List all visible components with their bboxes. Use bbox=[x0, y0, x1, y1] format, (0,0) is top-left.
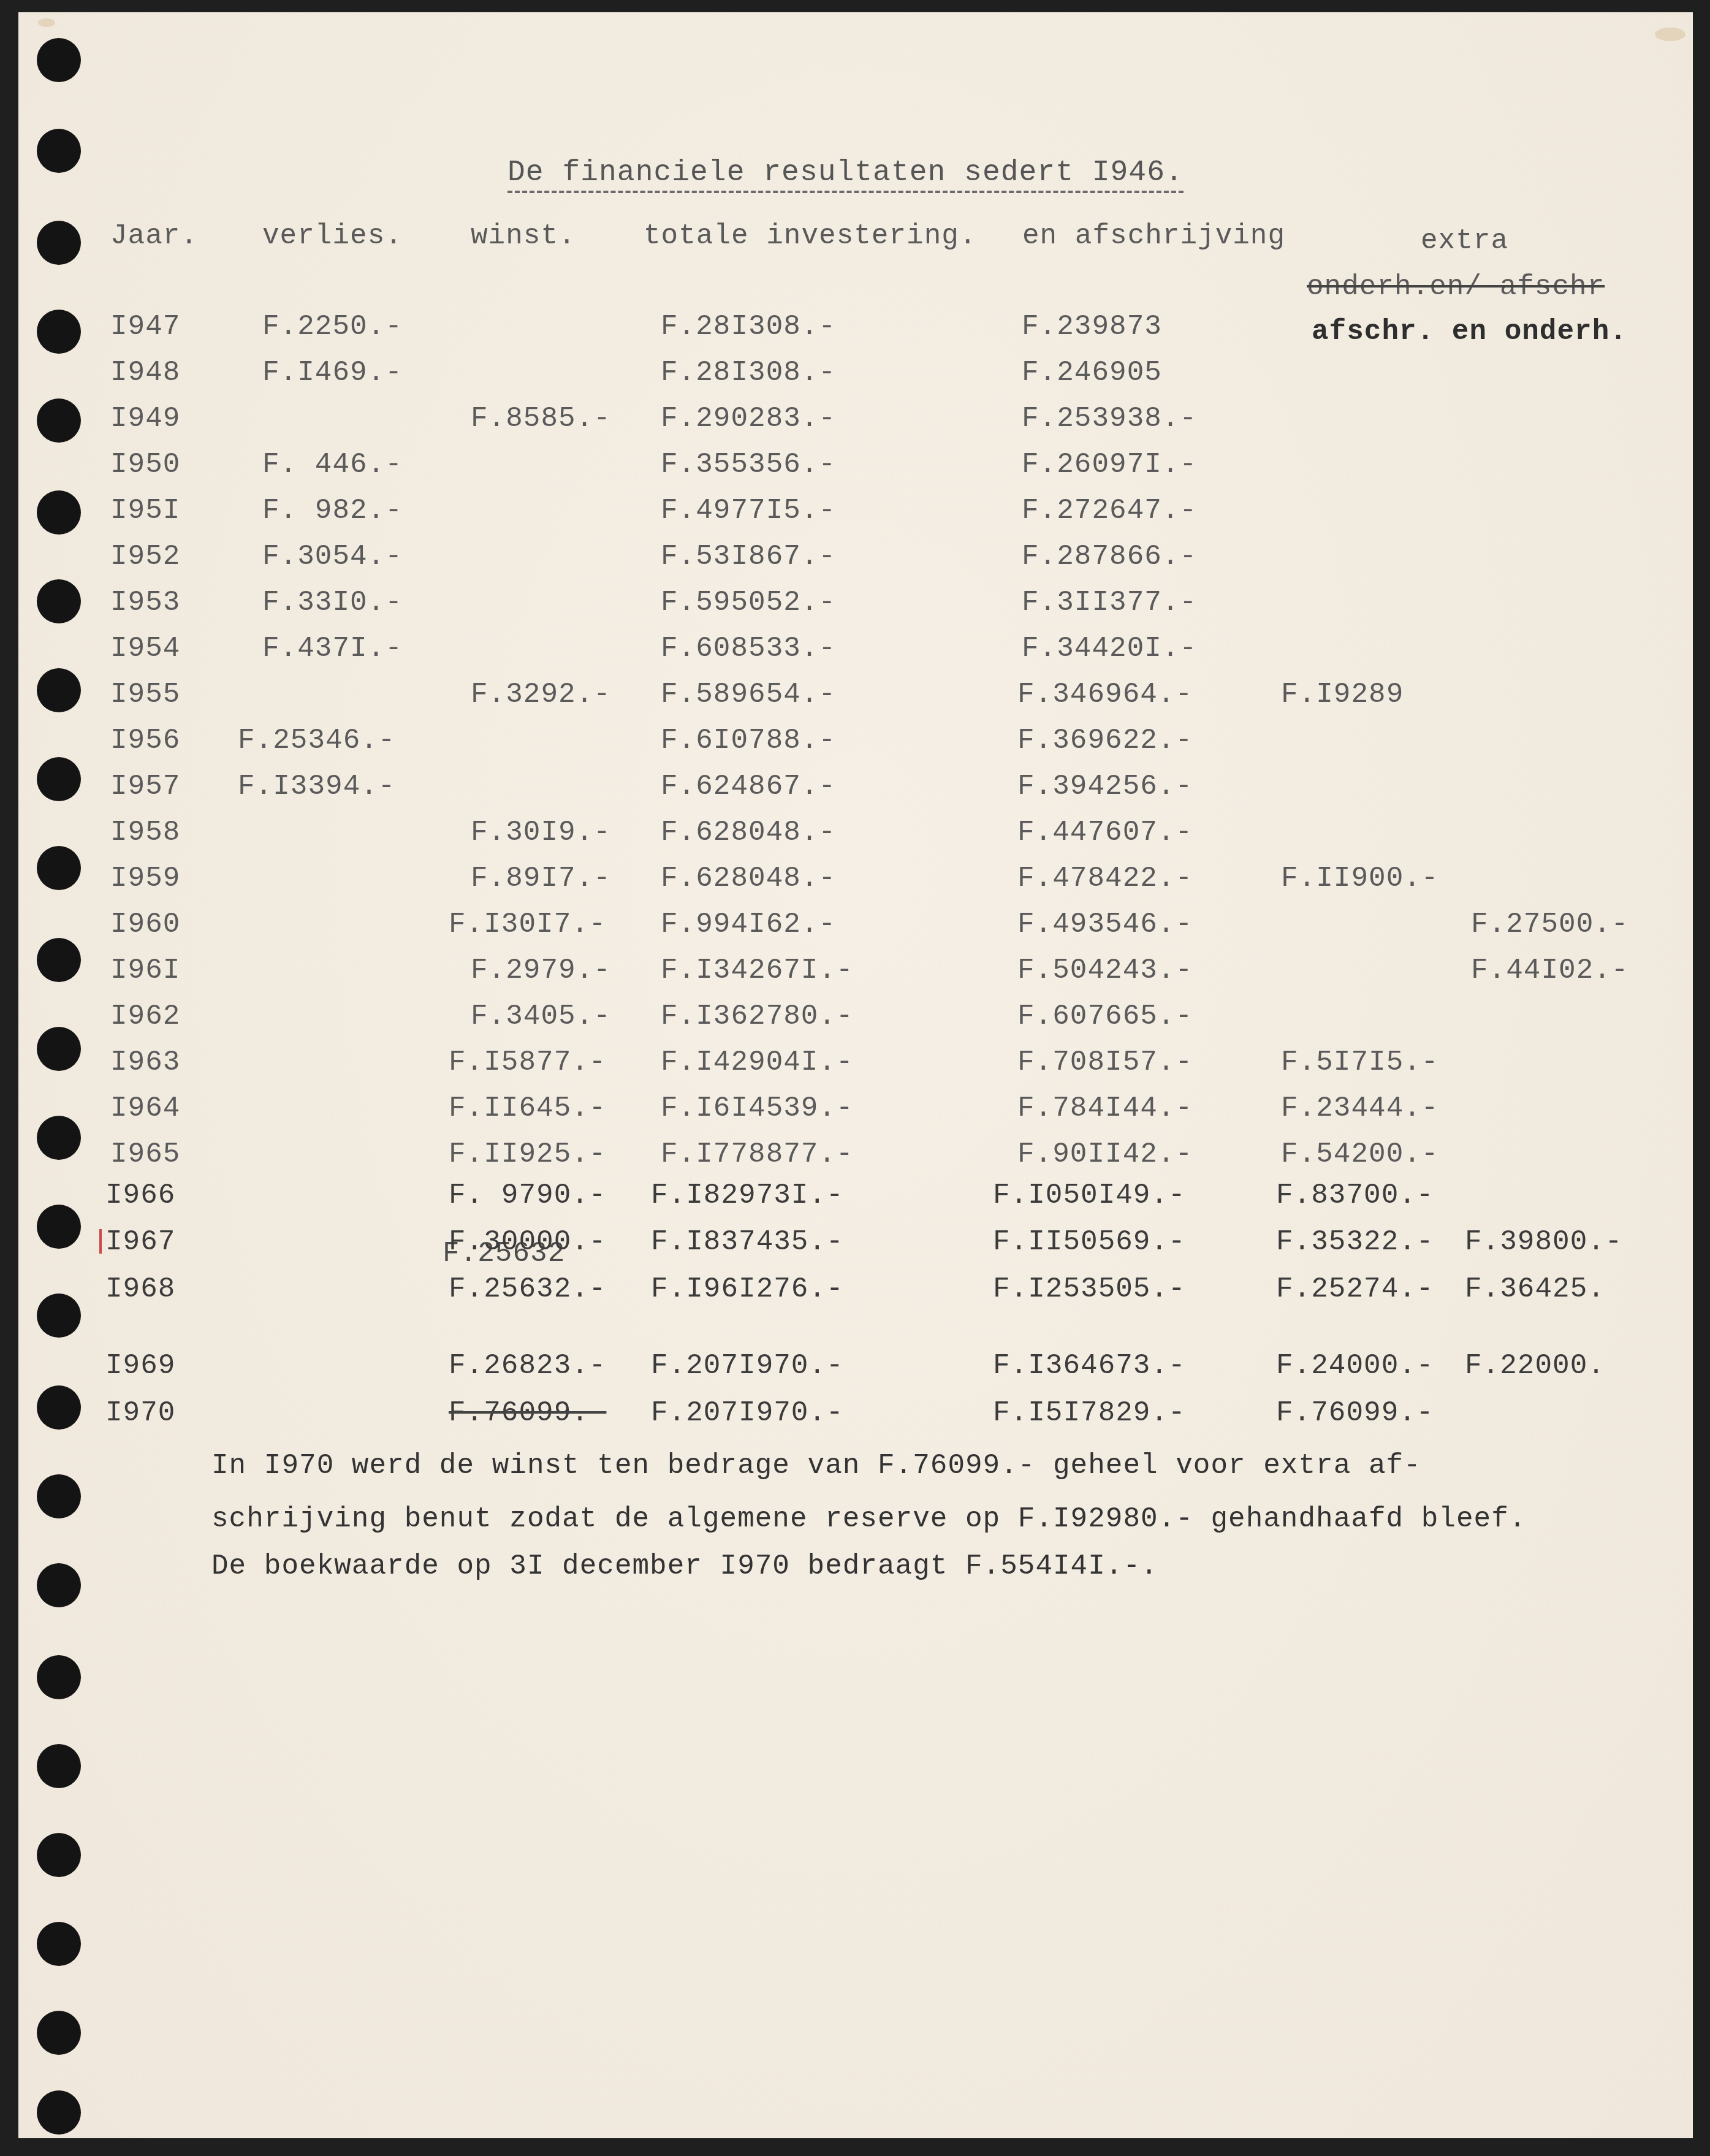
header-afschrijving: en afschrijving bbox=[1022, 222, 1285, 250]
cell-extra1: F.23444.- bbox=[1281, 1094, 1438, 1122]
cell-winst: F.II645.- bbox=[449, 1094, 606, 1122]
cell-winst: F.8585.- bbox=[471, 405, 611, 433]
cell-afschrijving: F.II50569.- bbox=[993, 1228, 1186, 1256]
punch-hole bbox=[37, 1833, 81, 1877]
cell-totale: F.I837435.- bbox=[651, 1228, 844, 1256]
cell-afschrijving: F.447607.- bbox=[1017, 818, 1193, 847]
cell-jaar: I962 bbox=[110, 1002, 180, 1030]
cell-jaar: I968 bbox=[105, 1275, 175, 1303]
cell-extra1: F.83700.- bbox=[1276, 1181, 1434, 1209]
cell-afschrijving: F.90II42.- bbox=[1017, 1140, 1193, 1168]
cell-jaar: I969 bbox=[105, 1352, 175, 1380]
cell-afschrijving: F.784I44.- bbox=[1017, 1094, 1193, 1122]
paper-stain bbox=[38, 18, 55, 27]
cell-jaar: I952 bbox=[110, 543, 180, 571]
cell-extra1: F.5I7I5.- bbox=[1281, 1048, 1438, 1076]
cell-afschrijving: F.3II377.- bbox=[1022, 589, 1197, 617]
cell-totale: F.4977I5.- bbox=[661, 497, 836, 525]
punch-hole bbox=[37, 668, 81, 712]
header-totale-investering: totale investering. bbox=[644, 222, 977, 250]
cell-winst: F. 9790.- bbox=[449, 1181, 606, 1209]
note-line-2: schrijving benut zodat de algemene reser… bbox=[211, 1505, 1526, 1533]
note-line-3: De boekwaarde op 3I december I970 bedraa… bbox=[211, 1552, 1158, 1580]
cell-afschrijving: F.I253505.- bbox=[993, 1275, 1186, 1303]
cell-totale: F.207I970.- bbox=[651, 1352, 844, 1380]
cell-afschrijving: F.239873 bbox=[1022, 313, 1162, 341]
cell-extra1: F.76099.- bbox=[1276, 1399, 1434, 1427]
cell-jaar: I95I bbox=[110, 497, 180, 525]
cell-verlies: F. 446.- bbox=[262, 451, 403, 479]
cell-afschrijving: F.369622.- bbox=[1017, 726, 1193, 755]
cell-afschrijving: F.26097I.- bbox=[1022, 451, 1197, 479]
punch-hole bbox=[37, 2090, 81, 2135]
cell-jaar: I964 bbox=[110, 1094, 180, 1122]
cell-totale: F.207I970.- bbox=[651, 1399, 844, 1427]
cell-extra2: F.44I02.- bbox=[1471, 956, 1628, 985]
cell-totale: F.589654.- bbox=[661, 680, 836, 709]
cell-winst: F.76099.- bbox=[449, 1399, 606, 1427]
cell-verlies: F.2250.- bbox=[262, 313, 403, 341]
cell-winst: F.II925.- bbox=[449, 1140, 606, 1168]
cell-extra2: F.27500.- bbox=[1471, 910, 1628, 939]
cell-afschrijving: F.I364673.- bbox=[993, 1352, 1186, 1380]
punch-hole bbox=[37, 1563, 81, 1607]
cell-afschrijving: F.478422.- bbox=[1017, 864, 1193, 893]
cell-jaar: I953 bbox=[110, 589, 180, 617]
cell-totale: F.28I308.- bbox=[661, 359, 836, 387]
cell-verlies: F.437I.- bbox=[262, 634, 403, 663]
cell-winst: F.I5877.- bbox=[449, 1048, 606, 1076]
cell-verlies: F.33I0.- bbox=[262, 589, 403, 617]
cell-totale: F.595052.- bbox=[661, 589, 836, 617]
punch-hole bbox=[37, 2011, 81, 2055]
punch-hole bbox=[37, 310, 81, 354]
cell-winst: F.89I7.- bbox=[471, 864, 611, 893]
cell-extra2: F.22000. bbox=[1465, 1352, 1605, 1380]
cell-extra1: F.35322.- bbox=[1276, 1228, 1434, 1256]
cell-winst: F.I30I7.- bbox=[449, 910, 606, 939]
header-extra-sub: afschr. en onderh. bbox=[1312, 318, 1627, 346]
cell-totale: F.624867.- bbox=[661, 772, 836, 801]
cell-jaar: I966 bbox=[105, 1181, 175, 1209]
punch-hole bbox=[37, 1116, 81, 1160]
punch-hole bbox=[37, 1293, 81, 1338]
cell-jaar: I947 bbox=[110, 313, 180, 341]
cell-afschrijving: F.493546.- bbox=[1017, 910, 1193, 939]
cell-verlies: F.I3394.- bbox=[238, 772, 395, 801]
cell-winst-overtyped: F.25632 bbox=[443, 1240, 565, 1268]
cell-winst: F.30I9.- bbox=[471, 818, 611, 847]
punch-hole bbox=[37, 38, 81, 82]
cell-afschrijving: F.504243.- bbox=[1017, 956, 1193, 985]
punch-hole bbox=[37, 1385, 81, 1430]
cell-totale: F.I34267I.- bbox=[661, 956, 854, 985]
cell-afschrijving: F.246905 bbox=[1022, 359, 1162, 387]
cell-totale: F.290283.- bbox=[661, 405, 836, 433]
cell-verlies: F.25346.- bbox=[238, 726, 395, 755]
cell-jaar: I957 bbox=[110, 772, 180, 801]
cell-totale: F.I82973I.- bbox=[651, 1181, 844, 1209]
cell-extra2: F.36425. bbox=[1465, 1275, 1605, 1303]
cell-verlies: F.3054.- bbox=[262, 543, 403, 571]
cell-extra1: F.II900.- bbox=[1281, 864, 1438, 893]
cell-totale: F.994I62.- bbox=[661, 910, 836, 939]
punch-hole bbox=[37, 1744, 81, 1788]
header-extra: extra bbox=[1421, 227, 1508, 255]
punch-hole bbox=[37, 398, 81, 443]
cell-extra2: F.39800.- bbox=[1465, 1228, 1622, 1256]
cell-jaar: I955 bbox=[110, 680, 180, 709]
cell-afschrijving: F.34420I.- bbox=[1022, 634, 1197, 663]
cell-totale: F.I778877.- bbox=[661, 1140, 854, 1168]
cell-extra1: F.24000.- bbox=[1276, 1352, 1434, 1380]
cell-jaar: I956 bbox=[110, 726, 180, 755]
cell-afschrijving: F.287866.- bbox=[1022, 543, 1197, 571]
cell-winst: F.3405.- bbox=[471, 1002, 611, 1030]
punch-hole bbox=[37, 846, 81, 890]
punch-hole bbox=[37, 1205, 81, 1249]
cell-jaar: I965 bbox=[110, 1140, 180, 1168]
cell-totale: F.I42904I.- bbox=[661, 1048, 854, 1076]
cell-extra1: F.25274.- bbox=[1276, 1275, 1434, 1303]
punch-hole bbox=[37, 1922, 81, 1966]
cell-totale: F.608533.- bbox=[661, 634, 836, 663]
cell-jaar: I958 bbox=[110, 818, 180, 847]
header-verlies: verlies. bbox=[262, 222, 403, 250]
cell-jaar: I963 bbox=[110, 1048, 180, 1076]
punch-hole bbox=[37, 938, 81, 982]
paper-stain bbox=[1655, 28, 1685, 41]
cell-jaar: I954 bbox=[110, 634, 180, 663]
cell-winst: F.2979.- bbox=[471, 956, 611, 985]
note-line-1: In I970 werd de winst ten bedrage van F.… bbox=[211, 1452, 1421, 1480]
cell-afschrijving: F.708I57.- bbox=[1017, 1048, 1193, 1076]
page-title: De financiele resultaten sedert I946. bbox=[507, 156, 1184, 193]
cell-totale: F.628048.- bbox=[661, 864, 836, 893]
cell-afschrijving: F.346964.- bbox=[1017, 680, 1193, 709]
cell-winst: F.3292.- bbox=[471, 680, 611, 709]
cell-totale: F.I6I4539.- bbox=[661, 1094, 854, 1122]
cell-afschrijving: F.272647.- bbox=[1022, 497, 1197, 525]
cell-afschrijving: F.607665.- bbox=[1017, 1002, 1193, 1030]
cell-jaar: I96I bbox=[110, 956, 180, 985]
cell-totale: F.628048.- bbox=[661, 818, 836, 847]
cell-winst: F.26823.- bbox=[449, 1352, 606, 1380]
punch-hole bbox=[37, 129, 81, 173]
cell-afschrijving: F.I050I49.- bbox=[993, 1181, 1186, 1209]
cell-afschrijving: F.253938.- bbox=[1022, 405, 1197, 433]
cell-extra1: F.I9289 bbox=[1281, 680, 1404, 709]
cell-jaar: I960 bbox=[110, 910, 180, 939]
cell-verlies: F. 982.- bbox=[262, 497, 403, 525]
cell-totale: F.53I867.- bbox=[661, 543, 836, 571]
cell-extra1: F.54200.- bbox=[1281, 1140, 1438, 1168]
punch-hole bbox=[37, 1655, 81, 1699]
header-jaar: Jaar. bbox=[110, 222, 198, 250]
cell-afschrijving: F.I5I7829.- bbox=[993, 1399, 1186, 1427]
cell-winst: F.25632.- bbox=[449, 1275, 606, 1303]
punch-hole bbox=[37, 757, 81, 801]
cell-jaar: I949 bbox=[110, 405, 180, 433]
red-correction-mark bbox=[99, 1229, 102, 1254]
header-struck-text: onderh.en/ afschr bbox=[1307, 273, 1605, 301]
punch-hole bbox=[37, 1027, 81, 1071]
punch-hole bbox=[37, 579, 81, 623]
cell-jaar: I970 bbox=[105, 1399, 175, 1427]
cell-totale: F.I96I276.- bbox=[651, 1275, 844, 1303]
punch-hole bbox=[37, 1474, 81, 1518]
header-winst: winst. bbox=[471, 222, 576, 250]
cell-totale: F.6I0788.- bbox=[661, 726, 836, 755]
cell-jaar: I950 bbox=[110, 451, 180, 479]
cell-totale: F.28I308.- bbox=[661, 313, 836, 341]
cell-totale: F.I362780.- bbox=[661, 1002, 854, 1030]
punch-hole bbox=[37, 490, 81, 535]
cell-totale: F.355356.- bbox=[661, 451, 836, 479]
cell-jaar: I948 bbox=[110, 359, 180, 387]
cell-verlies: F.I469.- bbox=[262, 359, 403, 387]
cell-afschrijving: F.394256.- bbox=[1017, 772, 1193, 801]
cell-jaar: I959 bbox=[110, 864, 180, 893]
punch-hole bbox=[37, 221, 81, 265]
cell-jaar: I967 bbox=[105, 1228, 175, 1256]
